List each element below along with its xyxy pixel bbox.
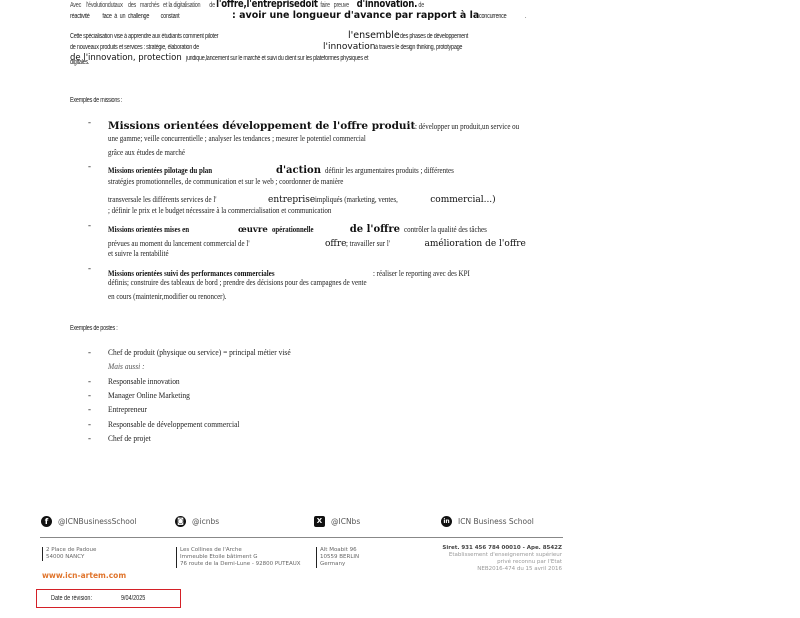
poste-bullet: - — [88, 347, 91, 357]
address-nancy: 2 Place de Padoue 54000 NANCY — [42, 547, 96, 561]
para2-line-3: de l'innovation, protection juridique,la… — [70, 47, 419, 65]
mission-1-line-3: grâce aux études de marché — [108, 147, 185, 157]
mission-1-title: Missions orientées développement de l'of… — [108, 120, 415, 132]
revision-label: Date de révision: — [51, 595, 92, 602]
intro-line-1: réactivité face à un challenge constant … — [70, 5, 526, 23]
missions-heading: Exemples de missions : — [70, 97, 122, 104]
mission-2-bullet: - — [88, 161, 91, 171]
social-instagram[interactable]: ◙ @icnbs — [175, 514, 219, 528]
revision-date-box: Date de révision: 9/04/2025 — [36, 589, 181, 608]
poste-bullet: - — [88, 433, 91, 443]
poste-item: Chef de produit (physique ou service) = … — [108, 347, 291, 357]
mission-4-line-3: en cours (maintenir,modifier ou renoncer… — [108, 291, 227, 301]
poste-bullet: - — [88, 376, 91, 386]
linkedin-icon: in — [441, 516, 452, 527]
mission-2-line-4: ; définir le prix et le budget nécessair… — [108, 205, 331, 215]
website-link[interactable]: www.icn-artem.com — [42, 571, 126, 580]
poste-bullet: - — [88, 390, 91, 400]
mission-3-line-2: prévues au moment du lancement commercia… — [108, 233, 526, 251]
intro-line-1-prefix: réactivité face à un challenge constant — [70, 13, 196, 20]
poste-item: Manager Online Marketing — [108, 390, 190, 400]
facebook-icon: f — [41, 516, 52, 527]
address-berlin: Alt Moabit 96 10559 BERLIN Germany — [316, 547, 359, 568]
intro-emphasis: : avoir une longueur d'avance par rappor… — [232, 10, 479, 21]
poste-item: Responsable de développement commercial — [108, 419, 239, 429]
poste-item: Responsable innovation — [108, 376, 180, 386]
social-x[interactable]: X @ICNbs — [314, 514, 360, 528]
social-linkedin[interactable]: in ICN Business School — [441, 514, 534, 528]
mission-1-bullet: - — [88, 117, 91, 127]
revision-value: 9/04/2025 — [121, 595, 145, 602]
mission-3-bullet: - — [88, 220, 91, 230]
mission-4-bullet: - — [88, 263, 91, 273]
mission-2-line-2: stratégies promotionnelles, de communica… — [108, 176, 343, 186]
mission-3-line-3: et suivre la rentabilité — [108, 248, 169, 258]
mission-1-line-1: Missions orientées développement de l'of… — [108, 116, 542, 134]
legal-info: Siret. 931 456 784 00010 - Ape. 8542Z Et… — [442, 545, 562, 573]
x-twitter-icon: X — [314, 516, 325, 527]
mission-4-line-2: définis; construire des tableaux de bord… — [108, 277, 367, 287]
postes-heading: Exemples de postes : — [70, 325, 118, 332]
mission-1-line-2: une gamme; veille concurrentielle ; anal… — [108, 133, 366, 143]
address-puteaux: Les Collines de l'Arche Immeuble Etoile … — [176, 547, 301, 568]
instagram-icon: ◙ — [175, 516, 186, 527]
social-facebook[interactable]: f @ICNBusinessSchool — [41, 514, 137, 528]
poste-item: Entrepreneur — [108, 404, 147, 414]
para2-line-4: digitales. — [70, 59, 89, 66]
postes-also-label: Mais aussi : — [108, 361, 145, 371]
poste-bullet: - — [88, 404, 91, 414]
poste-bullet: - — [88, 419, 91, 429]
poste-item: Chef de projet — [108, 433, 151, 443]
footer-divider — [40, 537, 563, 538]
